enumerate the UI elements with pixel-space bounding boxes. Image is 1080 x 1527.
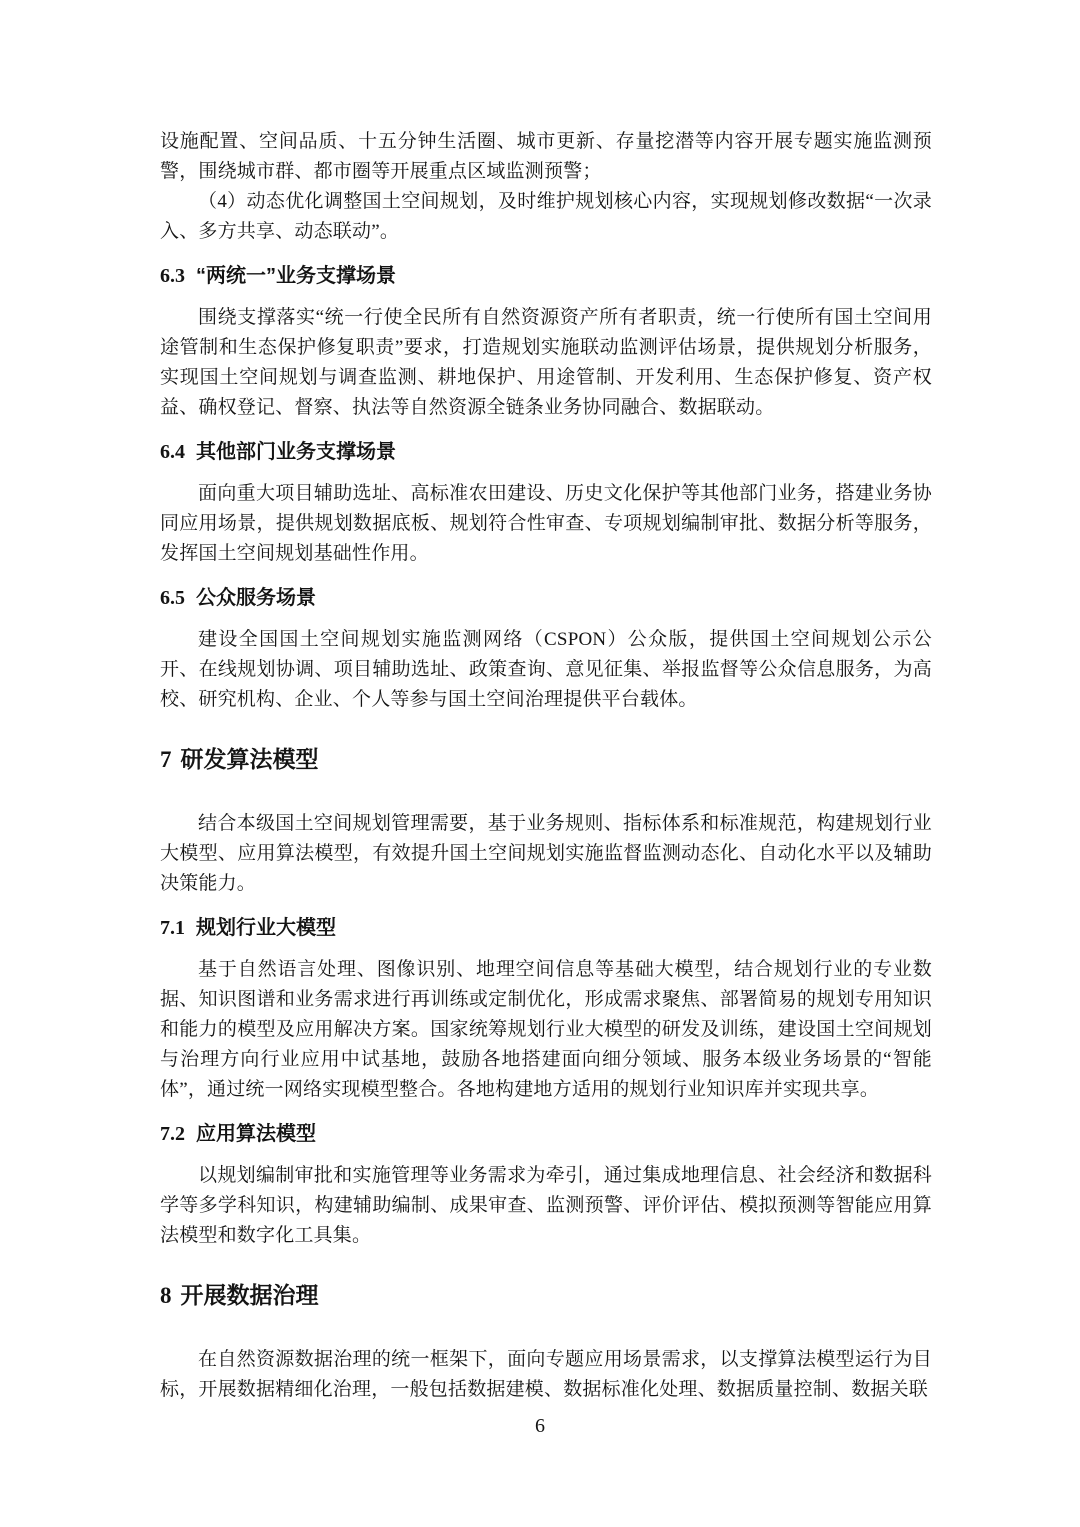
section-heading-7-2: 7.2应用算法模型 (160, 1121, 932, 1147)
section-heading-7: 7研发算法模型 (160, 743, 932, 776)
section-title-8: 开展数据治理 (181, 1282, 319, 1308)
section-body-7-2: 以规划编制审批和实施管理等业务需求为牵引，通过集成地理信息、社会经济和数据科学等… (160, 1161, 932, 1251)
section-title-7-2: 应用算法模型 (196, 1123, 316, 1145)
section-number-7-1: 7.1 (160, 917, 185, 939)
document-body: 设施配置、空间品质、十五分钟生活圈、城市更新、存量挖潜等内容开展专题实施监测预警… (160, 127, 932, 1405)
section-heading-6-4: 6.4其他部门业务支撑场景 (160, 439, 932, 465)
section-title-6-5: 公众服务场景 (196, 587, 316, 609)
section-number-7: 7 (160, 747, 172, 772)
document-page: 设施配置、空间品质、十五分钟生活圈、城市更新、存量挖潜等内容开展专题实施监测预警… (0, 0, 1080, 1527)
section-body-7: 结合本级国土空间规划管理需要，基于业务规则、指标体系和标准规范，构建规划行业大模… (160, 809, 932, 899)
section-body-8: 在自然资源数据治理的统一框架下，面向专题应用场景需求，以支撑算法模型运行为目标，… (160, 1345, 932, 1405)
section-body-6-3: 围绕支撑落实“统一行使全民所有自然资源资产所有者职责，统一行使所有国土空间用途管… (160, 303, 932, 423)
section-title-7: 研发算法模型 (181, 746, 319, 772)
section-body-7-1: 基于自然语言处理、图像识别、地理空间信息等基础大模型，结合规划行业的专业数据、知… (160, 955, 932, 1105)
section-title-6-4: 其他部门业务支撑场景 (196, 441, 396, 463)
section-number-8: 8 (160, 1283, 172, 1308)
paragraph-continuation: 设施配置、空间品质、十五分钟生活圈、城市更新、存量挖潜等内容开展专题实施监测预警… (160, 127, 932, 187)
section-heading-8: 8开展数据治理 (160, 1279, 932, 1312)
section-heading-6-3: 6.3“两统一”业务支撑场景 (160, 263, 932, 289)
section-title-7-1: 规划行业大模型 (196, 917, 336, 939)
section-number-6-4: 6.4 (160, 441, 185, 463)
section-heading-7-1: 7.1规划行业大模型 (160, 915, 932, 941)
section-number-6-3: 6.3 (160, 265, 185, 287)
section-number-6-5: 6.5 (160, 587, 185, 609)
section-number-7-2: 7.2 (160, 1123, 185, 1145)
page-number: 6 (0, 1412, 1080, 1440)
paragraph-item-4: （4）动态优化调整国土空间规划，及时维护规划核心内容，实现规划修改数据“一次录入… (160, 187, 932, 247)
section-title-6-3: “两统一”业务支撑场景 (196, 265, 396, 287)
section-body-6-5: 建设全国国土空间规划实施监测网络（CSPON）公众版，提供国土空间规划公示公开、… (160, 625, 932, 715)
section-heading-6-5: 6.5公众服务场景 (160, 585, 932, 611)
section-body-6-4: 面向重大项目辅助选址、高标准农田建设、历史文化保护等其他部门业务，搭建业务协同应… (160, 479, 932, 569)
